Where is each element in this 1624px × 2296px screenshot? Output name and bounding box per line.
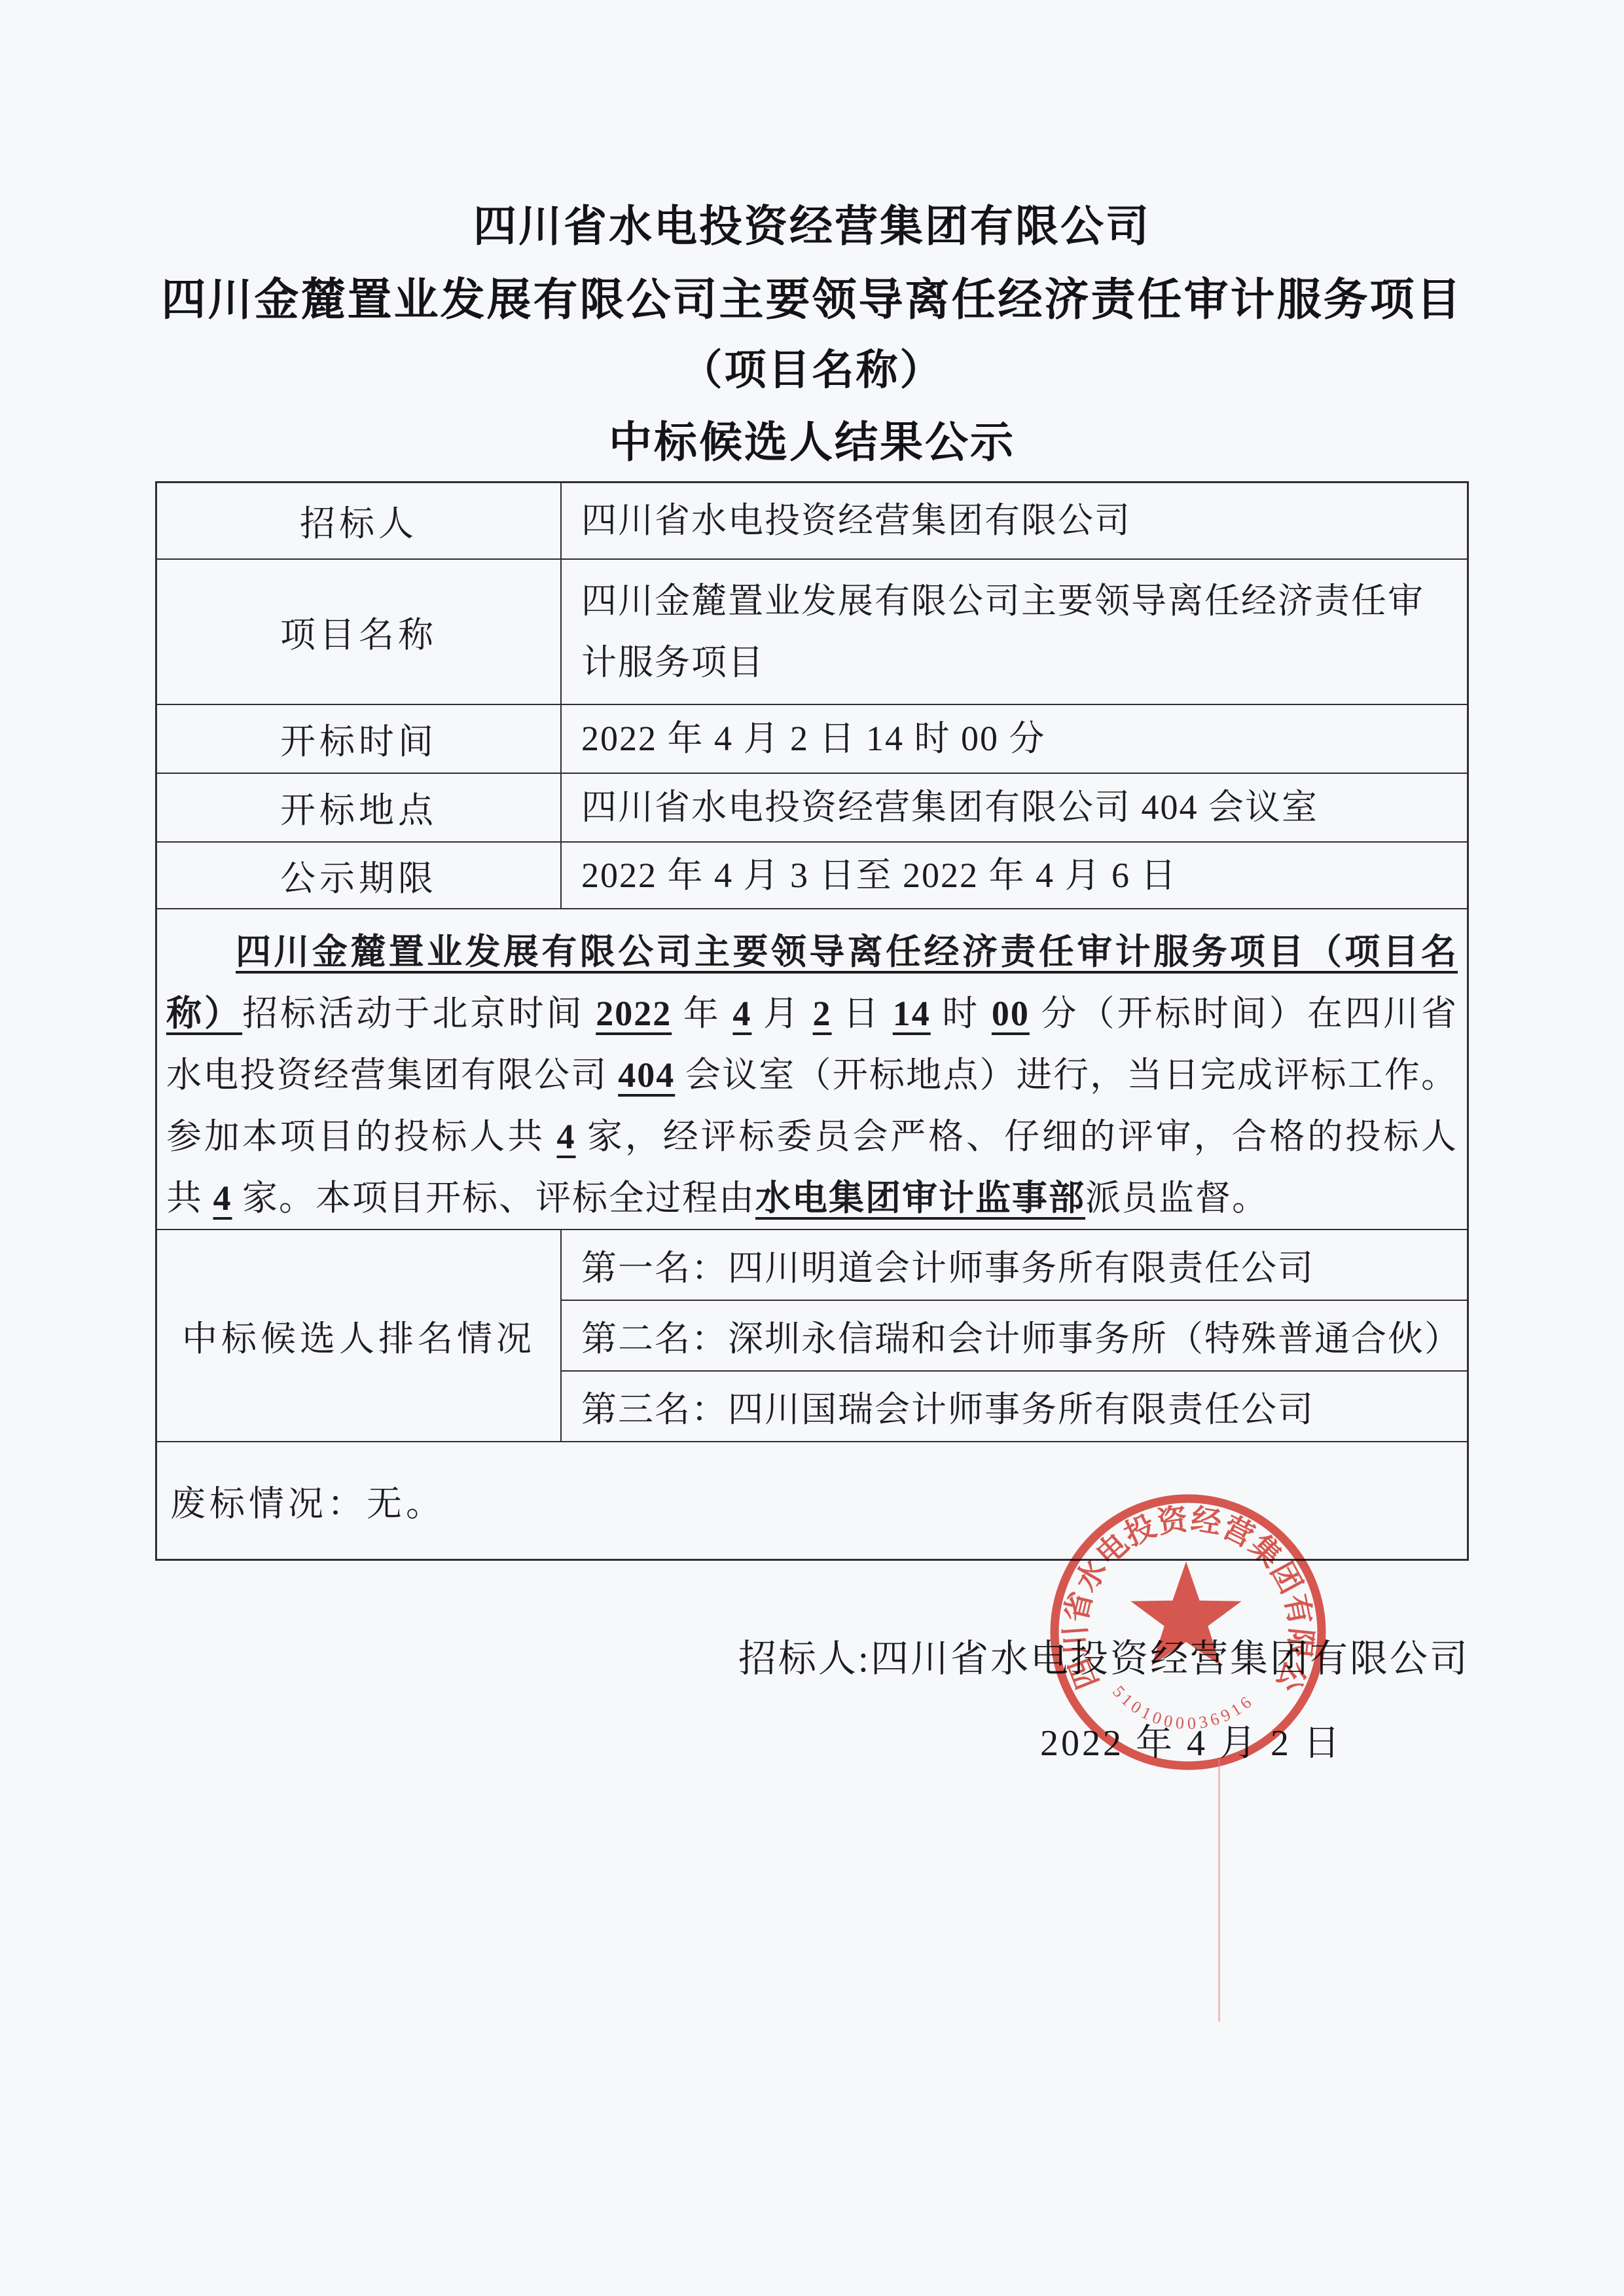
org-title: 四川省水电投资经营集团有限公司: [0, 191, 1624, 253]
scan-artifact-line: [1218, 1760, 1220, 2022]
ranking-list: 第一名：四川明道会计师事务所有限责任公司 第二名：深圳永信瑞和会计师事务所（特殊…: [562, 1230, 1467, 1441]
paragraph-segment: 水电集团审计监事部: [755, 1178, 1085, 1218]
table-row-ranking: 中标候选人排名情况 第一名：四川明道会计师事务所有限责任公司 第二名：深圳永信瑞…: [157, 1229, 1467, 1441]
paragraph-segment: 水电投资经营集团有限公司: [166, 1055, 618, 1095]
bid-info-table: 招标人 四川省水电投资经营集团有限公司 项目名称 四川金麓置业发展有限公司主要领…: [155, 481, 1469, 1561]
paragraph-line: 四川金麓置业发展有限公司主要领导离任经济责任审计服务项目（项目名: [166, 921, 1458, 983]
project-name-row-value: 四川金麓置业发展有限公司主要领导离任经济责任审计服务项目: [562, 560, 1467, 704]
paragraph-segment: 派员监督。: [1085, 1178, 1269, 1218]
announcement-title: 中标候选人结果公示: [0, 407, 1624, 469]
table-row-opening-place: 开标地点 四川省水电投资经营集团有限公司 404 会议室: [157, 773, 1467, 841]
paragraph-segment: 4: [557, 1117, 576, 1156]
tenderer-label: 招标人: [157, 483, 562, 558]
paragraph-segment: 家。本项目开标、评标全过程由: [232, 1178, 756, 1218]
publicity-period-label: 公示期限: [157, 843, 562, 908]
paragraph-segment: 会议室（开标地点）进行，当日完成评标工作。: [675, 1055, 1458, 1095]
paragraph-segment: 404: [618, 1055, 675, 1095]
paragraph-segment: 00: [992, 994, 1030, 1033]
signature-date: 2022 年 4 月 2 日: [916, 1714, 1466, 1766]
paragraph-segment: 4: [732, 994, 751, 1033]
paragraph-segment: 14: [893, 994, 931, 1033]
paragraph-line: 参加本项目的投标人共 4 家，经评标委员会严格、仔细的评审，合格的投标人: [166, 1106, 1458, 1167]
publicity-period-value: 2022 年 4 月 3 日至 2022 年 4 月 6 日: [562, 843, 1467, 908]
paragraph-segment: 日: [832, 994, 893, 1033]
paragraph-segment: 2022: [596, 994, 672, 1033]
ranking-label: 中标候选人排名情况: [157, 1230, 562, 1441]
paragraph-segment: 4: [213, 1178, 232, 1218]
ranking-first: 第一名：四川明道会计师事务所有限责任公司: [562, 1230, 1467, 1300]
opening-time-value: 2022 年 4 月 2 日 14 时 00 分: [562, 705, 1467, 773]
table-row-invalid-bids: 废标情况：无。: [157, 1441, 1467, 1559]
ranking-second: 第二名：深圳永信瑞和会计师事务所（特殊普通合伙）: [562, 1300, 1467, 1370]
paragraph-segment: 时: [931, 994, 992, 1033]
opening-place-value: 四川省水电投资经营集团有限公司 404 会议室: [562, 774, 1467, 841]
table-row-tenderer: 招标人 四川省水电投资经营集团有限公司: [157, 483, 1467, 558]
table-row-publicity-period: 公示期限 2022 年 4 月 3 日至 2022 年 4 月 6 日: [157, 841, 1467, 908]
paragraph-line: 称）招标活动于北京时间 2022 年 4 月 2 日 14 时 00 分（开标时…: [166, 983, 1458, 1044]
paragraph-segment: 家，经评标委员会严格、仔细的评审，合格的投标人: [576, 1117, 1458, 1156]
invalid-bids-text: 废标情况：无。: [157, 1442, 1467, 1559]
table-row-opening-time: 开标时间 2022 年 4 月 2 日 14 时 00 分: [157, 704, 1467, 773]
paragraph-segment: 称）: [166, 994, 242, 1033]
notice-paragraph: 四川金麓置业发展有限公司主要领导离任经济责任审计服务项目（项目名 称）招标活动于…: [157, 909, 1467, 1229]
paragraph-segment: 参加本项目的投标人共: [166, 1117, 557, 1156]
paragraph-line: 共 4 家。本项目开标、评标全过程由水电集团审计监事部派员监督。: [166, 1167, 1458, 1229]
paragraph-segment: 月: [751, 994, 812, 1033]
document-page: 四川省水电投资经营集团有限公司 四川金麓置业发展有限公司主要领导离任经济责任审计…: [0, 0, 1624, 2296]
paragraph-segment: 四川金麓置业发展有限公司主要领导离任经济责任审计服务项目（项目名: [236, 932, 1458, 972]
paragraph-segment: 招标活动于北京时间: [242, 994, 596, 1033]
paragraph-segment: 2: [813, 994, 832, 1033]
table-row-notice-paragraph: 四川金麓置业发展有限公司主要领导离任经济责任审计服务项目（项目名 称）招标活动于…: [157, 908, 1467, 1229]
signature-line: 招标人:四川省水电投资经营集团有限公司: [738, 1628, 1470, 1683]
ranking-third: 第三名：四川国瑞会计师事务所有限责任公司: [562, 1370, 1467, 1441]
paragraph-segment: 共: [166, 1178, 213, 1218]
table-row-project-name: 项目名称 四川金麓置业发展有限公司主要领导离任经济责任审计服务项目: [157, 558, 1467, 704]
tenderer-value: 四川省水电投资经营集团有限公司: [562, 483, 1467, 558]
project-name-label: （项目名称）: [0, 337, 1624, 397]
paragraph-segment: 年: [672, 994, 732, 1033]
opening-place-label: 开标地点: [157, 774, 562, 841]
paragraph-line: 水电投资经营集团有限公司 404 会议室（开标地点）进行，当日完成评标工作。: [166, 1044, 1458, 1106]
opening-time-label: 开标时间: [157, 705, 562, 773]
project-name-row-label: 项目名称: [157, 560, 562, 704]
paragraph-segment: 分（开标时间）在四川省: [1030, 994, 1458, 1033]
project-title: 四川金麓置业发展有限公司主要领导离任经济责任审计服务项目: [0, 264, 1624, 328]
